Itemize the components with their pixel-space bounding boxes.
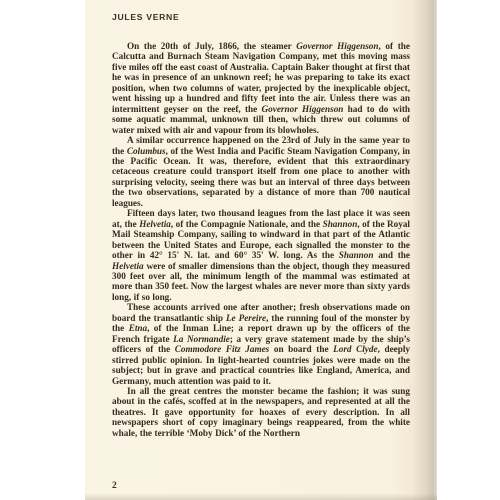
paragraph: In all the great centres the monster bec… [112,386,410,438]
paragraph: On the 20th of July, 1866, the steamer G… [112,41,410,135]
paragraph: A similar occurrence happened on the 23r… [112,135,410,208]
book-page: JULES VERNE On the 20th of July, 1866, t… [85,0,437,500]
paragraph: Fifteen days later, two thousand leagues… [112,208,410,302]
page-number: 2 [112,481,117,491]
body-text: On the 20th of July, 1866, the steamer G… [112,41,410,438]
text-block: JULES VERNE On the 20th of July, 1866, t… [112,12,410,438]
paragraph: These accounts arrived one after another… [112,302,410,386]
scan-background: JULES VERNE On the 20th of July, 1866, t… [0,0,500,500]
page-bottom-shadow [85,493,437,500]
running-header: JULES VERNE [112,12,410,22]
